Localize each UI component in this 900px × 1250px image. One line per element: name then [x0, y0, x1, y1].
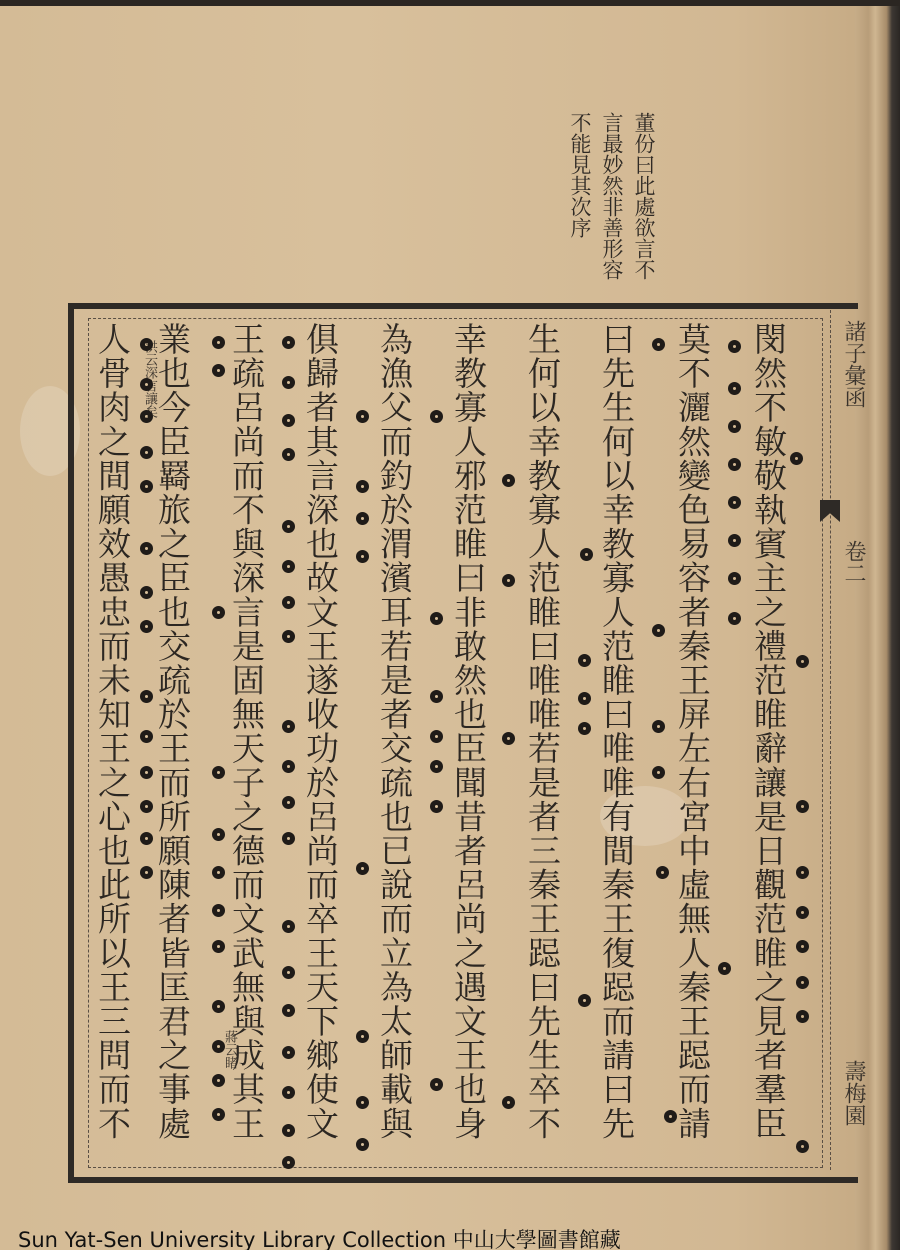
emphasis-circle — [282, 448, 295, 461]
emphasis-circle — [356, 1030, 369, 1043]
emphasis-circle — [282, 920, 295, 933]
emphasis-circle — [430, 730, 443, 743]
emphasis-circle — [212, 1040, 225, 1053]
emphasis-circle — [282, 1086, 295, 1099]
emphasis-circle — [728, 496, 741, 509]
emphasis-circle — [282, 796, 295, 809]
emphasis-circle — [140, 542, 153, 555]
emphasis-circle — [652, 720, 665, 733]
emphasis-circle — [212, 606, 225, 619]
emphasis-circle — [140, 338, 153, 351]
emphasis-circle — [140, 832, 153, 845]
emphasis-circle — [728, 612, 741, 625]
text-column-7: 俱歸者其言深也故文王遂收功於呂尚而卒王天下鄉使文 — [300, 322, 340, 1140]
emphasis-circle — [356, 512, 369, 525]
commentary-line-2: 言最妙然非善形容 — [600, 112, 624, 280]
emphasis-circle — [282, 336, 295, 349]
emphasis-circle — [282, 1004, 295, 1017]
emphasis-circle — [790, 452, 803, 465]
emphasis-circle — [652, 766, 665, 779]
emphasis-circle — [728, 420, 741, 433]
emphasis-circle — [282, 1124, 295, 1137]
emphasis-circle — [140, 410, 153, 423]
emphasis-circle — [140, 620, 153, 633]
emphasis-circle — [796, 976, 809, 989]
emphasis-circle — [502, 1096, 515, 1109]
emphasis-circle — [718, 962, 731, 975]
emphasis-circle — [212, 828, 225, 841]
emphasis-circle — [430, 760, 443, 773]
emphasis-circle — [212, 336, 225, 349]
emphasis-circle — [282, 414, 295, 427]
emphasis-circle — [212, 1108, 225, 1121]
emphasis-circle — [282, 596, 295, 609]
emphasis-circle — [282, 760, 295, 773]
emphasis-circle — [430, 612, 443, 625]
emphasis-circle — [728, 382, 741, 395]
emphasis-circle — [356, 410, 369, 423]
emphasis-circle — [796, 800, 809, 813]
emphasis-circle — [212, 866, 225, 879]
text-column-8: 王疏呂尚而不與深言是固無天子之德而文武無與成其王 — [226, 322, 266, 1140]
emphasis-circle — [140, 480, 153, 493]
text-column-4: 生何以幸教寡人范睢曰唯唯若是者三秦王跽曰先生卒不 — [522, 322, 562, 1140]
emphasis-circle — [796, 906, 809, 919]
emphasis-circle — [282, 1046, 295, 1059]
emphasis-circle — [140, 866, 153, 879]
emphasis-circle — [502, 474, 515, 487]
emphasis-circle — [796, 1010, 809, 1023]
emphasis-circle — [728, 340, 741, 353]
emphasis-circle — [502, 574, 515, 587]
emphasis-circle — [140, 766, 153, 779]
emphasis-circle — [578, 722, 591, 735]
emphasis-circle — [282, 1156, 295, 1169]
emphasis-circle — [212, 364, 225, 377]
text-column-9: 業也今臣羇旅之臣也交疏於王而所願陳者皆匡君之事處 — [152, 322, 192, 1140]
emphasis-circle — [356, 1138, 369, 1151]
margin-rule — [830, 310, 832, 1170]
text-column-10: 人骨肉之間願效愚忠而未知王之心也此所以王三問而不 — [92, 322, 132, 1140]
emphasis-circle — [796, 940, 809, 953]
commentary-line-3: 不能見其次序 — [568, 112, 592, 238]
emphasis-circle — [430, 690, 443, 703]
emphasis-circle — [282, 832, 295, 845]
emphasis-circle — [282, 376, 295, 389]
emphasis-circle — [140, 800, 153, 813]
emphasis-circle — [212, 766, 225, 779]
emphasis-circle — [728, 572, 741, 585]
emphasis-circle — [212, 1074, 225, 1087]
library-watermark: Sun Yat-Sen University Library Collectio… — [18, 1224, 621, 1250]
emphasis-circle — [282, 966, 295, 979]
emphasis-circle — [664, 1110, 677, 1123]
emphasis-circle — [652, 624, 665, 637]
emphasis-circle — [282, 720, 295, 733]
emphasis-circle — [212, 904, 225, 917]
emphasis-circle — [728, 534, 741, 547]
emphasis-circle — [282, 630, 295, 643]
text-column-6: 為漁父而釣於渭濱耳若是者交疏也已說而立為太師載與 — [374, 322, 414, 1140]
emphasis-circle — [212, 1000, 225, 1013]
emphasis-circle — [578, 994, 591, 1007]
emphasis-circle — [796, 1140, 809, 1153]
text-column-1: 閔然不敏敬執賓主之禮范睢辭讓是日觀范睢之見者羣臣 — [748, 322, 788, 1140]
emphasis-circle — [652, 338, 665, 351]
emphasis-circle — [430, 1078, 443, 1091]
emphasis-circle — [430, 800, 443, 813]
margin-book-title: 諸子彙函 — [838, 320, 869, 408]
emphasis-circle — [356, 550, 369, 563]
emphasis-circle — [356, 1096, 369, 1109]
emphasis-circle — [212, 940, 225, 953]
emphasis-circle — [140, 586, 153, 599]
commentary-line-1: 董份曰此處欲言不 — [632, 112, 656, 280]
text-column-2: 莫不灑然變色易容者秦王屏左右宮中虛無人秦王跽而請 — [672, 322, 712, 1140]
emphasis-circle — [578, 654, 591, 667]
emphasis-circle — [502, 732, 515, 745]
emphasis-circle — [430, 410, 443, 423]
emphasis-circle — [140, 730, 153, 743]
emphasis-circle — [356, 862, 369, 875]
emphasis-circle — [656, 866, 669, 879]
emphasis-circle — [580, 548, 593, 561]
margin-studio-name: 壽梅園 — [838, 1060, 869, 1126]
emphasis-circle — [796, 655, 809, 668]
emphasis-circle — [140, 378, 153, 391]
emphasis-circle — [578, 692, 591, 705]
emphasis-circle — [282, 520, 295, 533]
emphasis-circle — [796, 866, 809, 879]
text-column-3: 曰先生何以幸教寡人范睢曰唯唯有間秦王復跽而請曰先 — [596, 322, 636, 1140]
emphasis-circle — [140, 446, 153, 459]
margin-volume: 卷二 — [838, 540, 869, 584]
emphasis-circle — [356, 480, 369, 493]
text-column-5: 幸教寡人邪范睢曰非敢然也臣聞昔者呂尚之遇文王也身 — [448, 322, 488, 1140]
emphasis-circle — [282, 560, 295, 573]
emphasis-circle — [140, 690, 153, 703]
emphasis-circle — [728, 458, 741, 471]
